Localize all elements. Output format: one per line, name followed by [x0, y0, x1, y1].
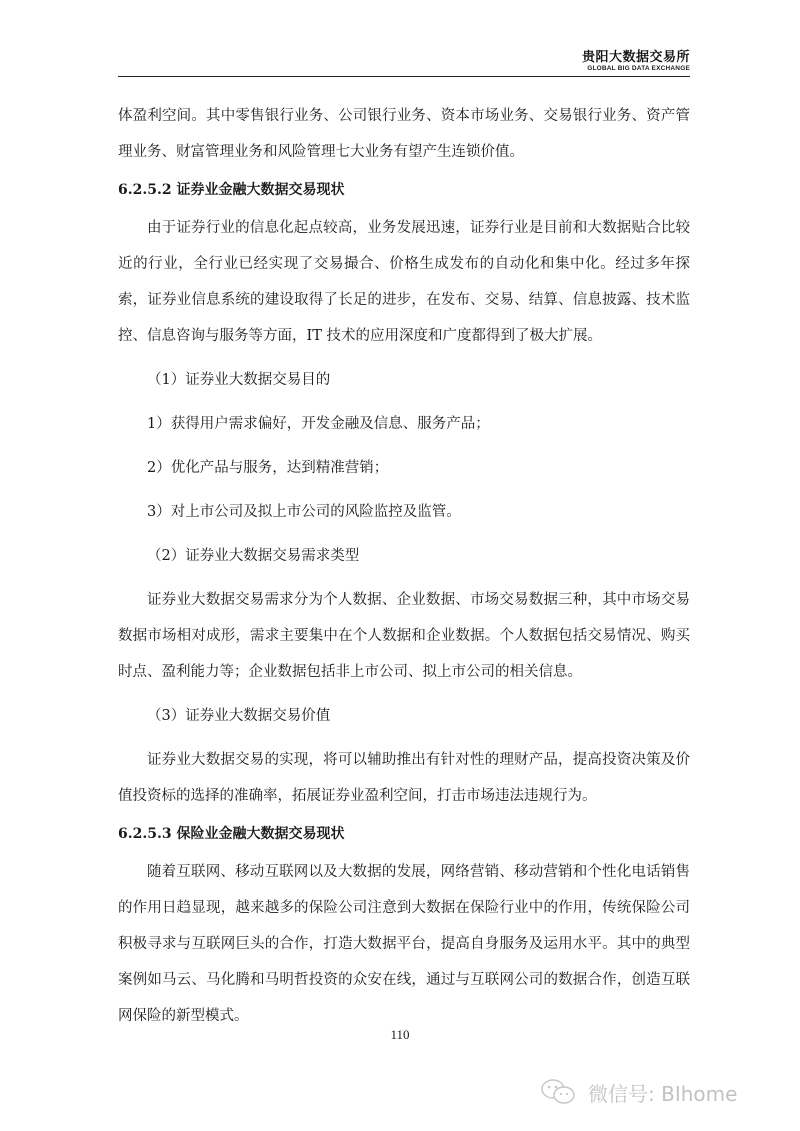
paragraph-demand-types: 证券业大数据交易需求分为个人数据、企业数据、市场交易数据三种，其中市场交易数据市… — [118, 582, 690, 690]
document-body: 体盈利空间。其中零售银行业务、公司银行业务、资本市场业务、交易银行业务、资产管理… — [118, 98, 690, 1034]
exchange-logo: 贵阳大数据交易所 GLOBAL BIG DATA EXCHANGE — [582, 51, 690, 73]
section-heading-6252: 6.2.5.2 证券业金融大数据交易现状 — [118, 170, 690, 210]
paragraph-securities-intro: 由于证券行业的信息化起点较高，业务发展迅速，证券行业是目前和大数据贴合比较近的行… — [118, 210, 690, 354]
list-item: 2）优化产品与服务，达到精准营销； — [118, 450, 690, 486]
paragraph-continuation: 体盈利空间。其中零售银行业务、公司银行业务、资本市场业务、交易银行业务、资产管理… — [118, 98, 690, 170]
subheading-purpose: （1）证券业大数据交易目的 — [118, 362, 690, 398]
watermark-text: 微信号: BIhome — [588, 1078, 737, 1107]
wechat-icon — [540, 1078, 578, 1106]
list-item: 1）获得用户需求偏好，开发金融及信息、服务产品； — [118, 406, 690, 442]
paragraph-value: 证券业大数据交易的实现，将可以辅助推出有针对性的理财产品，提高投资决策及价值投资… — [118, 742, 690, 814]
paragraph-insurance: 随着互联网、移动互联网以及大数据的发展，网络营销、移动营销和个性化电话销售的作用… — [118, 854, 690, 1034]
page-header: 贵阳大数据交易所 GLOBAL BIG DATA EXCHANGE — [118, 48, 690, 78]
page-number: 110 — [0, 1027, 800, 1043]
logo-en: GLOBAL BIG DATA EXCHANGE — [582, 65, 690, 73]
section-heading-6253: 6.2.5.3 保险业金融大数据交易现状 — [118, 814, 690, 854]
subheading-demand-types: （2）证券业大数据交易需求类型 — [118, 538, 690, 574]
subheading-value: （3）证券业大数据交易价值 — [118, 698, 690, 734]
list-item: 3）对上市公司及拟上市公司的风险监控及监管。 — [118, 494, 690, 530]
logo-cn: 贵阳大数据交易所 — [582, 51, 690, 65]
header-rule — [118, 76, 690, 77]
watermark: 微信号: BIhome — [540, 1077, 737, 1107]
